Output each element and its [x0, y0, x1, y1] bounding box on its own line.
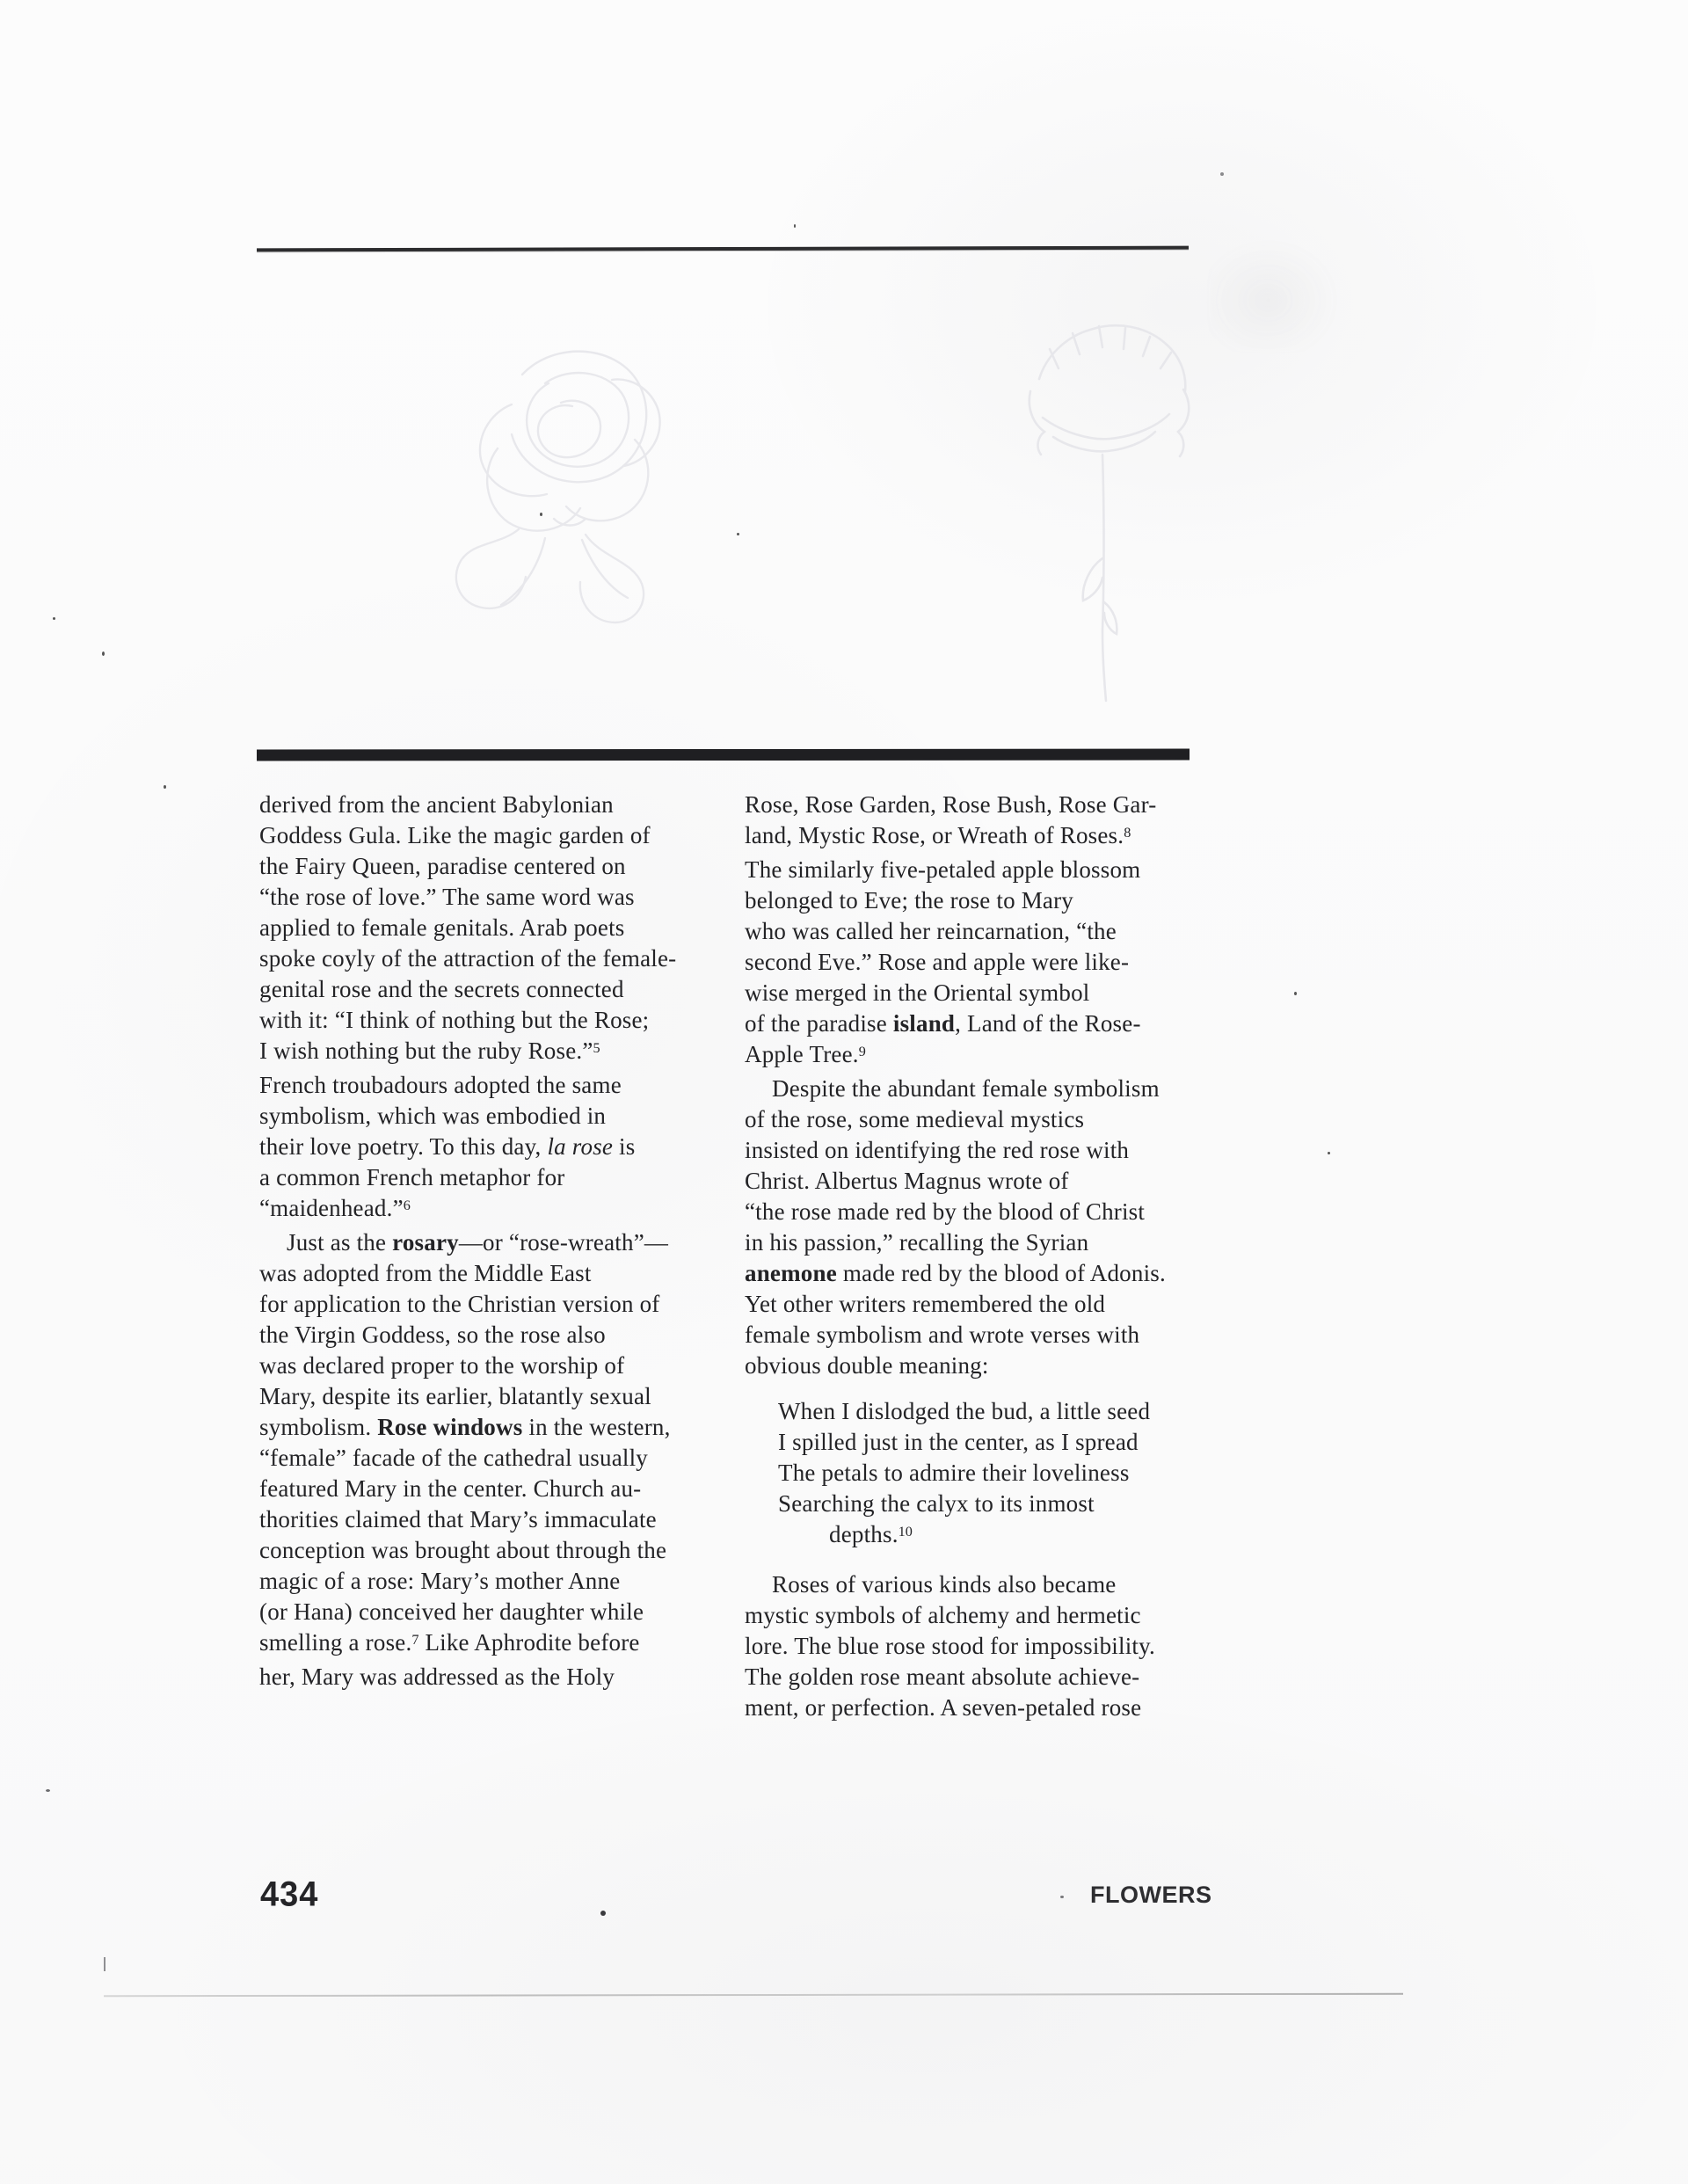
text-segment: conception was brought about through the	[259, 1537, 666, 1563]
text-line: derived from the ancient Babylonian	[259, 790, 729, 820]
text-line: of the paradise island, Land of the Rose…	[745, 1008, 1214, 1039]
text-line: “female” facade of the cathedral usually	[259, 1443, 729, 1474]
scan-speck	[164, 785, 166, 789]
text-line: in his passion,” recalling the Syrian	[745, 1227, 1214, 1258]
scan-speck	[1220, 172, 1224, 176]
text-line: wise merged in the Oriental symbol	[745, 978, 1214, 1008]
text-line: spoke coyly of the attraction of the fem…	[259, 943, 729, 974]
text-line: The similarly five-petaled apple blossom	[745, 855, 1214, 885]
text-segment: Yet other writers remembered the old	[745, 1291, 1105, 1317]
text-line: Yet other writers remembered the old	[745, 1289, 1214, 1320]
text-line: belonged to Eve; the rose to Mary	[745, 885, 1214, 916]
text-line: When I dislodged the bud, a little seed	[745, 1396, 1214, 1427]
text-segment: mystic symbols of alchemy and hermetic	[745, 1602, 1141, 1628]
text-line: magic of a rose: Mary’s mother Anne	[259, 1566, 729, 1597]
text-segment: thorities claimed that Mary’s immaculate	[259, 1506, 657, 1532]
text-segment: of the rose, some medieval mystics	[745, 1106, 1084, 1132]
bleed-through-smudge	[1209, 237, 1341, 352]
text-line: thorities claimed that Mary’s immaculate	[259, 1504, 729, 1535]
text-segment: The golden rose meant absolute achieve-	[745, 1663, 1139, 1690]
text-segment: “the rose made red by the blood of Chris…	[745, 1198, 1145, 1225]
text-segment: derived from the ancient Babylonian	[259, 791, 614, 818]
text-line: her, Mary was addressed as the Holy	[259, 1662, 729, 1693]
text-segment: second Eve.” Rose and apple were like-	[745, 949, 1129, 975]
text-segment: , Land of the Rose-	[955, 1010, 1141, 1037]
text-line: of the rose, some medieval mystics	[745, 1104, 1214, 1135]
text-segment: is	[613, 1133, 635, 1160]
text-segment: in the western,	[522, 1414, 670, 1440]
section-rule	[257, 749, 1190, 761]
scan-speck	[737, 533, 739, 535]
text-segment: symbolism.	[259, 1414, 377, 1440]
text-line: the Fairy Queen, paradise centered on	[259, 851, 729, 882]
text-segment: for application to the Christian version…	[259, 1291, 660, 1317]
text-line: anemone made red by the blood of Adonis.	[745, 1258, 1214, 1289]
text-line: female symbolism and wrote verses with	[745, 1320, 1214, 1350]
text-line: featured Mary in the center. Church au-	[259, 1474, 729, 1504]
text-segment: Just as the	[287, 1229, 392, 1256]
text-segment: depths.	[829, 1521, 899, 1547]
text-segment: —or “rose-wreath”—	[459, 1229, 668, 1256]
text-segment: Christ. Albertus Magnus wrote of	[745, 1168, 1069, 1194]
scan-speck	[540, 513, 542, 516]
text-segment: the Fairy Queen, paradise centered on	[259, 853, 626, 879]
text-segment: Goddess Gula. Like the magic garden of	[259, 822, 651, 848]
text-line: “the rose of love.” The same word was	[259, 882, 729, 913]
scan-speck	[1294, 992, 1297, 995]
text-segment: magic of a rose: Mary’s mother Anne	[259, 1568, 620, 1594]
scan-speck	[102, 652, 105, 656]
text-segment: Despite the abundant female symbolism	[772, 1075, 1160, 1102]
cross-reference-term: anemone	[745, 1260, 837, 1286]
text-segment: applied to female genitals. Arab poets	[259, 914, 624, 941]
text-segment: “female” facade of the cathedral usually	[259, 1445, 648, 1471]
scan-speck	[46, 1789, 50, 1792]
text-segment: Searching the calyx to its inmost	[778, 1490, 1095, 1517]
text-segment: lore. The blue rose stood for impossibil…	[745, 1633, 1155, 1659]
text-line: (or Hana) conceived her daughter while	[259, 1597, 729, 1627]
text-line: symbolism, which was embodied in	[259, 1101, 729, 1132]
text-line: I spilled just in the center, as I sprea…	[745, 1427, 1214, 1458]
text-segment: her, Mary was addressed as the Holy	[259, 1663, 615, 1690]
scan-speck	[53, 617, 55, 620]
text-segment: (or Hana) conceived her daughter while	[259, 1598, 644, 1625]
text-line: was declared proper to the worship of	[259, 1350, 729, 1381]
scan-speck	[1328, 1152, 1330, 1154]
footnote-reference: 5	[593, 1040, 600, 1056]
text-segment: “maidenhead.”	[259, 1195, 404, 1221]
text-line: ment, or perfection. A seven-petaled ros…	[745, 1693, 1214, 1723]
text-line: Just as the rosary—or “rose-wreath”—	[259, 1227, 729, 1258]
text-segment: genital rose and the secrets connected	[259, 976, 624, 1002]
text-segment: was declared proper to the worship of	[259, 1352, 624, 1379]
text-segment: Apple Tree.	[745, 1041, 859, 1067]
text-segment: belonged to Eve; the rose to Mary	[745, 887, 1073, 914]
scan-speck	[1060, 1896, 1064, 1898]
text-segment: I spilled just in the center, as I sprea…	[778, 1429, 1139, 1455]
text-segment: Like Aphrodite before	[419, 1629, 640, 1656]
text-line: the Virgin Goddess, so the rose also	[259, 1320, 729, 1350]
text-segment: their love poetry. To this day,	[259, 1133, 547, 1160]
footnote-reference: 9	[859, 1044, 866, 1059]
cross-reference-term: Rose windows	[377, 1414, 522, 1440]
text-segment: Mary, despite its earlier, blatantly sex…	[259, 1383, 651, 1409]
text-segment: female symbolism and wrote verses with	[745, 1321, 1139, 1348]
top-rule	[257, 246, 1189, 252]
page-number: 434	[260, 1875, 318, 1915]
text-segment: Rose, Rose Garden, Rose Bush, Rose Gar-	[745, 791, 1156, 818]
bleed-through-text-shadow: ​	[1101, 257, 1259, 292]
text-segment: was adopted from the Middle East	[259, 1260, 592, 1286]
text-segment: spoke coyly of the attraction of the fem…	[259, 945, 676, 972]
text-line: Roses of various kinds also became	[745, 1569, 1214, 1600]
text-line: Apple Tree.9	[745, 1039, 1214, 1074]
text-line: symbolism. Rose windows in the western,	[259, 1412, 729, 1443]
text-segment: land, Mystic Rose, or Wreath of Roses.	[745, 822, 1124, 848]
text-segment: of the paradise	[745, 1010, 893, 1037]
text-segment: French troubadours adopted the same	[259, 1072, 622, 1098]
scan-speck	[600, 1911, 606, 1916]
rose-sketch-illustration	[413, 299, 717, 703]
text-segment: with it: “I think of nothing but the Ros…	[259, 1007, 649, 1033]
text-segment: The similarly five-petaled apple blossom	[745, 856, 1140, 883]
text-segment: insisted on identifying the red rose wit…	[745, 1137, 1129, 1163]
text-segment: the Virgin Goddess, so the rose also	[259, 1321, 606, 1348]
text-line: land, Mystic Rose, or Wreath of Roses.8	[745, 820, 1214, 855]
text-segment: a common French metaphor for	[259, 1164, 565, 1190]
text-line: Mary, despite its earlier, blatantly sex…	[259, 1381, 729, 1412]
right-column: Rose, Rose Garden, Rose Bush, Rose Gar-l…	[745, 790, 1214, 1723]
scan-speck	[794, 224, 796, 228]
text-segment: When I dislodged the bud, a little seed	[778, 1398, 1150, 1424]
text-line: French troubadours adopted the same	[259, 1070, 729, 1101]
text-line: Rose, Rose Garden, Rose Bush, Rose Gar-	[745, 790, 1214, 820]
carnation-sketch-illustration	[1004, 295, 1211, 708]
footnote-reference: 8	[1124, 825, 1131, 841]
text-segment: ment, or perfection. A seven-petaled ros…	[745, 1694, 1141, 1721]
text-line: obvious double meaning:	[745, 1350, 1214, 1381]
footnote-reference: 10	[899, 1524, 913, 1540]
text-segment: Roses of various kinds also became	[772, 1571, 1116, 1598]
text-line: a common French metaphor for	[259, 1162, 729, 1193]
text-segment: in his passion,” recalling the Syrian	[745, 1229, 1088, 1256]
text-segment: I wish nothing but the ruby Rose.”	[259, 1037, 593, 1064]
text-segment: The petals to admire their loveliness	[778, 1460, 1130, 1486]
text-line: “maidenhead.”6	[259, 1193, 729, 1227]
text-line: lore. The blue rose stood for impossibil…	[745, 1631, 1214, 1662]
text-line: insisted on identifying the red rose wit…	[745, 1135, 1214, 1166]
text-segment: wise merged in the Oriental symbol	[745, 979, 1089, 1006]
text-line: who was called her reincarnation, “the	[745, 916, 1214, 947]
text-line: Christ. Albertus Magnus wrote of	[745, 1166, 1214, 1197]
cross-reference-term: island	[893, 1010, 955, 1037]
text-segment: made red by the blood of Adonis.	[837, 1260, 1166, 1286]
scan-artifact-tick	[104, 1957, 105, 1971]
text-segment: featured Mary in the center. Church au-	[259, 1475, 641, 1502]
text-segment: “the rose of love.” The same word was	[259, 884, 635, 910]
scanned-page-edge	[104, 1993, 1403, 1998]
italic-term: la rose	[547, 1133, 613, 1160]
text-line: mystic symbols of alchemy and hermetic	[745, 1600, 1214, 1631]
left-column: derived from the ancient BabylonianGodde…	[259, 790, 729, 1693]
text-line: genital rose and the secrets connected	[259, 974, 729, 1005]
text-line: was adopted from the Middle East	[259, 1258, 729, 1289]
text-line: second Eve.” Rose and apple were like-	[745, 947, 1214, 978]
text-line: The golden rose meant absolute achieve-	[745, 1662, 1214, 1693]
text-line: “the rose made red by the blood of Chris…	[745, 1197, 1214, 1227]
text-line: depths.10	[745, 1519, 1214, 1554]
text-segment: obvious double meaning:	[745, 1352, 989, 1379]
text-line: their love poetry. To this day, la rose …	[259, 1132, 729, 1162]
footnote-reference: 6	[404, 1198, 411, 1213]
text-line: Searching the calyx to its inmost	[745, 1489, 1214, 1519]
footnote-reference: 7	[411, 1632, 418, 1648]
text-line: applied to female genitals. Arab poets	[259, 913, 729, 943]
text-line: with it: “I think of nothing but the Ros…	[259, 1005, 729, 1036]
text-segment: symbolism, which was embodied in	[259, 1103, 606, 1129]
text-segment: smelling a rose.	[259, 1629, 411, 1656]
text-line: Goddess Gula. Like the magic garden of	[259, 820, 729, 851]
text-line: smelling a rose.7 Like Aphrodite before	[259, 1627, 729, 1662]
running-footer: FLOWERS	[1090, 1882, 1212, 1909]
text-line: conception was brought about through the	[259, 1535, 729, 1566]
cross-reference-term: rosary	[392, 1229, 459, 1256]
text-line: Despite the abundant female symbolism	[745, 1074, 1214, 1104]
text-line: for application to the Christian version…	[259, 1289, 729, 1320]
text-segment: who was called her reincarnation, “the	[745, 918, 1117, 944]
text-line: The petals to admire their loveliness	[745, 1458, 1214, 1489]
text-line: I wish nothing but the ruby Rose.”5	[259, 1036, 729, 1070]
